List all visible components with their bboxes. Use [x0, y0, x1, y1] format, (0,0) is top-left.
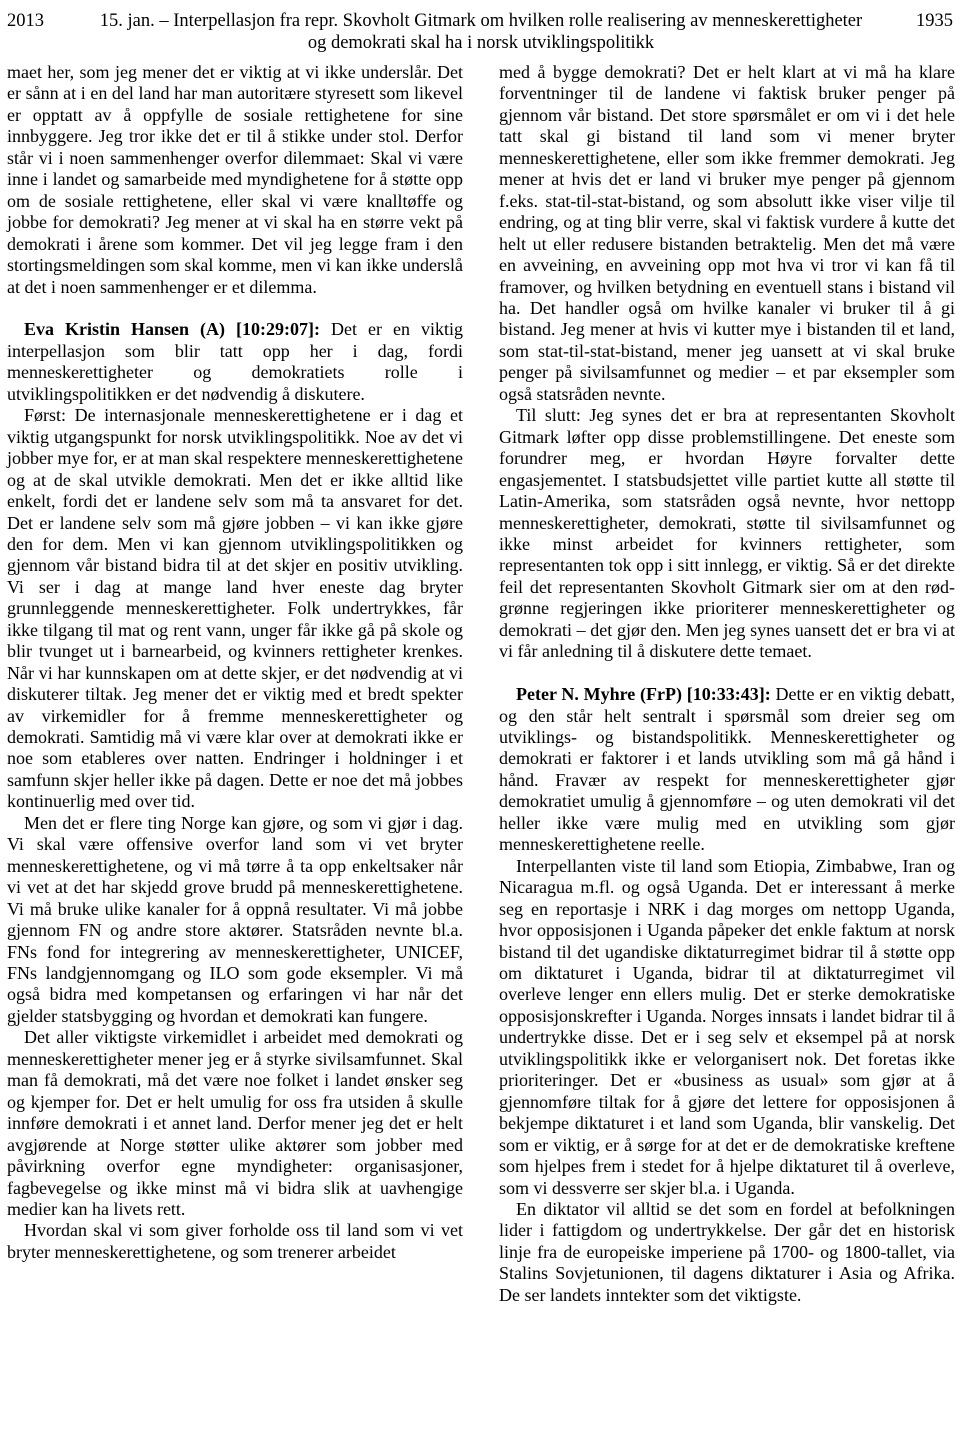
header-title-line1: 15. jan. – Interpellasjon fra repr. Skov…: [82, 11, 880, 33]
page-header: 2013 15. jan. – Interpellasjon fra repr.…: [7, 11, 955, 54]
speaker-name: Peter N. Myhre (FrP) [10:33:43]:: [516, 684, 771, 704]
document-page: 2013 15. jan. – Interpellasjon fra repr.…: [0, 0, 960, 1430]
paragraph: Interpellanten viste til land som Etiopi…: [499, 856, 955, 1199]
paragraph: Til slutt: Jeg synes det er bra at repre…: [499, 405, 955, 662]
paragraph: Hvordan skal vi som giver forholde oss t…: [7, 1220, 463, 1263]
text-columns: maet her, som jeg mener det er viktig at…: [7, 62, 955, 1306]
speaker-name: Eva Kristin Hansen (A) [10:29:07]:: [24, 319, 320, 339]
paragraph: Det aller viktigste virkemidlet i arbeid…: [7, 1027, 463, 1220]
paragraph: maet her, som jeg mener det er viktig at…: [7, 62, 463, 298]
header-title: 15. jan. – Interpellasjon fra repr. Skov…: [82, 11, 880, 54]
speech-paragraph: Eva Kristin Hansen (A) [10:29:07]: Det e…: [7, 319, 463, 405]
header-page-number: 1935: [916, 11, 953, 33]
header-year: 2013: [7, 11, 44, 33]
paragraph: Først: De internasjonale menneskerettigh…: [7, 405, 463, 813]
left-column: maet her, som jeg mener det er viktig at…: [7, 62, 463, 1306]
header-title-line2: og demokrati skal ha i norsk utviklingsp…: [82, 33, 880, 55]
speech-paragraph: Peter N. Myhre (FrP) [10:33:43]: Dette e…: [499, 684, 955, 856]
paragraph: En diktator vil alltid se det som en for…: [499, 1199, 955, 1306]
right-column: med å bygge demokrati? Det er helt klart…: [499, 62, 955, 1306]
paragraph: med å bygge demokrati? Det er helt klart…: [499, 62, 955, 405]
paragraph: Men det er flere ting Norge kan gjøre, o…: [7, 813, 463, 1028]
